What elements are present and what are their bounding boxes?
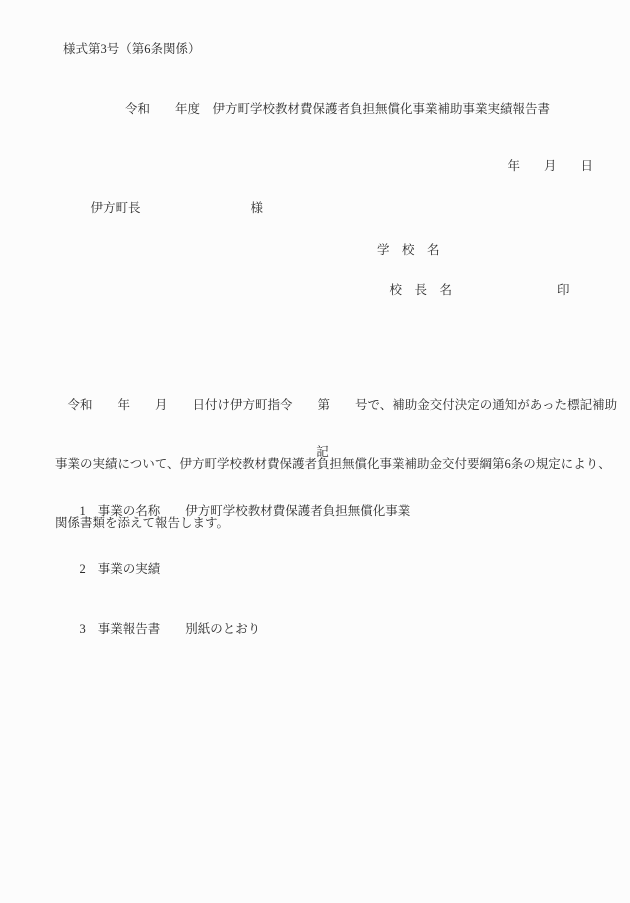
- body-line-1: 令和 年 月 日付け伊方町指令 第 号で、補助金交付決定の通知があった標記補助: [55, 396, 617, 418]
- addressee-line: 伊方町長様: [78, 181, 263, 235]
- item-2-number: 2: [80, 562, 86, 576]
- principal-name-label: 校 長 名: [390, 283, 453, 297]
- form-number: 様式第3号（第6条関係）: [63, 40, 201, 58]
- item-1-value: 伊方町学校教材費保護者負担無償化事業: [185, 504, 410, 518]
- addressee-name: 伊方町長: [91, 201, 141, 215]
- item-1-number: 1: [80, 504, 86, 518]
- document-page: 様式第3号（第6条関係） 令和 年度 伊方町学校教材費保護者負担無償化事業補助事…: [0, 0, 630, 903]
- seal-label: 印: [557, 283, 570, 297]
- item-row-2: 2事業の実績: [67, 542, 185, 596]
- body-paragraph: 令和 年 月 日付け伊方町指令 第 号で、補助金交付決定の通知があった標記補助 …: [55, 360, 617, 572]
- date-day-label: 日: [581, 157, 594, 175]
- addressee-honorific: 様: [251, 201, 264, 215]
- item-1-label: 事業の名称: [98, 504, 161, 518]
- item-3-number: 3: [80, 622, 86, 636]
- principal-name-line: 校 長 名印: [377, 263, 570, 317]
- date-year-label: 年: [508, 157, 521, 175]
- date-month-label: 月: [544, 157, 557, 175]
- date-line: 年月日: [495, 139, 593, 193]
- item-3-value: 別紙のとおり: [185, 622, 260, 636]
- item-2-label: 事業の実績: [98, 562, 161, 576]
- school-name-line: 学 校 名: [377, 241, 440, 259]
- item-row-3: 3事業報告書別紙のとおり: [67, 602, 260, 656]
- item-row-1: 1事業の名称伊方町学校教材費保護者負担無償化事業: [67, 484, 410, 538]
- ki-heading: 記: [55, 443, 590, 461]
- document-title: 令和 年度 伊方町学校教材費保護者負担無償化事業補助事業実績報告書: [125, 100, 550, 118]
- item-3-label: 事業報告書: [98, 622, 161, 636]
